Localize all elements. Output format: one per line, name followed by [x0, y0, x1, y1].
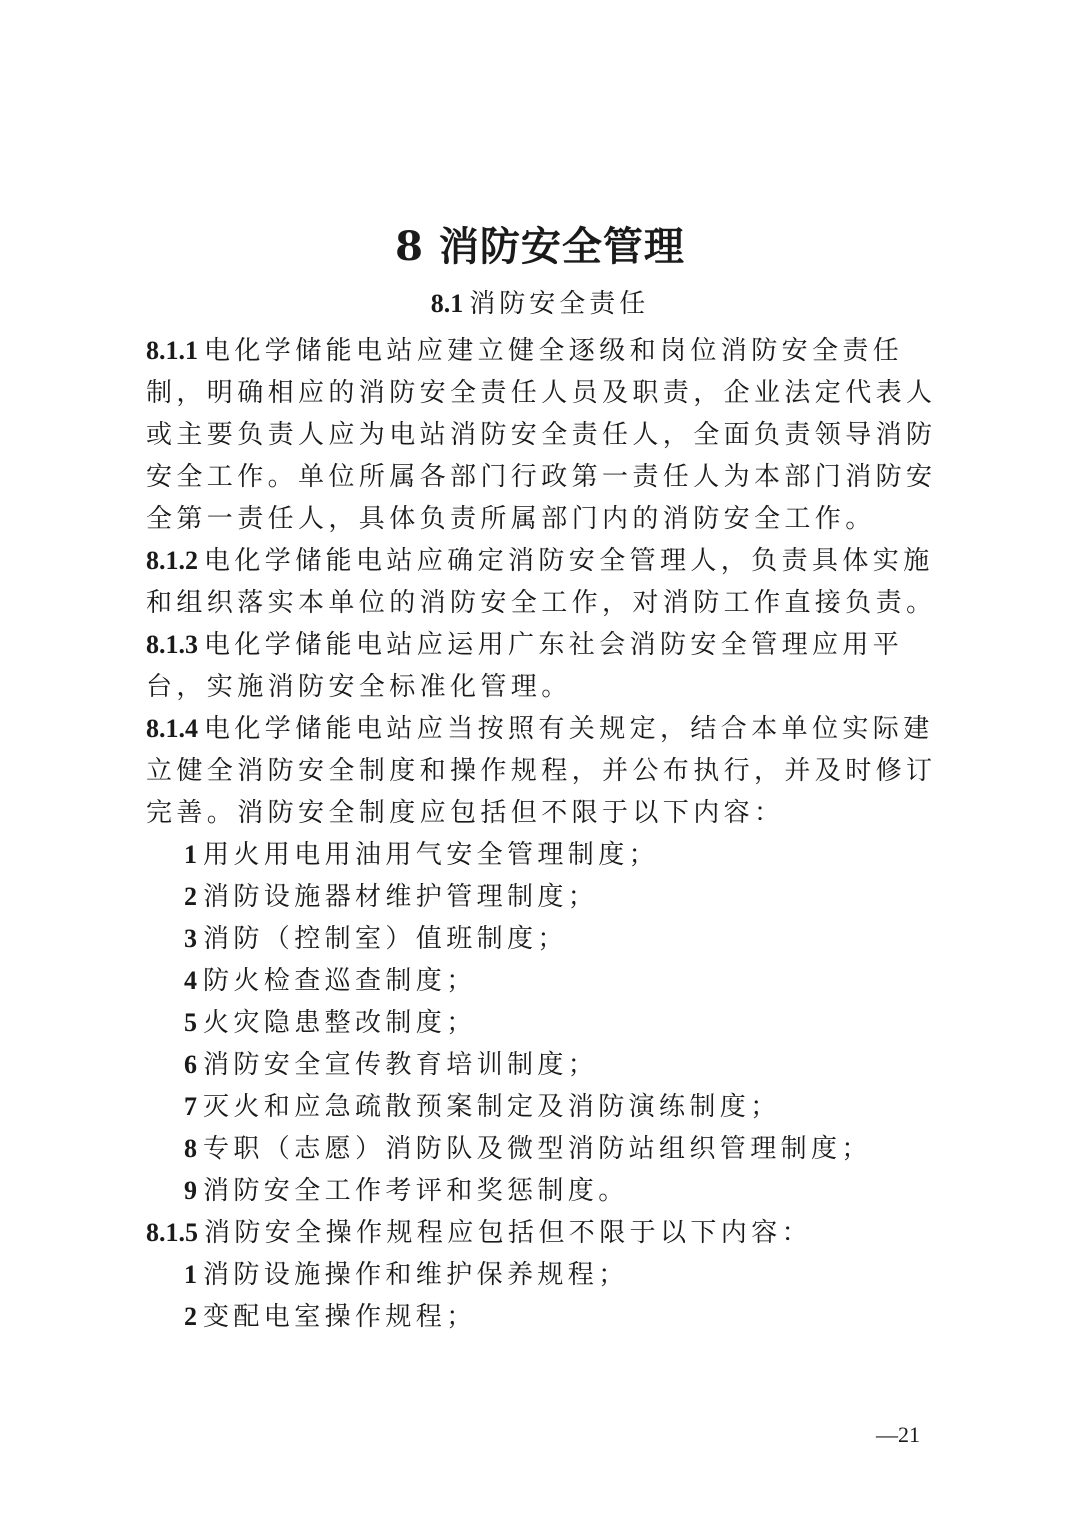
list-item-number: 2 [184, 1302, 197, 1331]
list-item: 2变配电室操作规程； [146, 1296, 946, 1338]
list-item-text: 变配电室操作规程； [203, 1302, 477, 1332]
list-item-text: 消防设施器材维护管理制度； [203, 882, 598, 912]
list-item-number: 4 [184, 966, 197, 995]
clause-8-1-5-list: 1消防设施操作和维护保养规程； 2变配电室操作规程； [146, 1254, 946, 1338]
section-number: 8.1 [431, 289, 464, 318]
list-item-text: 消防安全宣传教育培训制度； [203, 1050, 598, 1080]
list-item-number: 5 [184, 1008, 197, 1037]
section-title-text: 消防安全责任 [469, 289, 649, 319]
list-item: 2消防设施器材维护管理制度； [146, 876, 946, 918]
clause-text: 消防安全操作规程应包括但不限于以下内容： [204, 1218, 812, 1248]
list-item: 8专职（志愿）消防队及微型消防站组织管理制度； [146, 1128, 946, 1170]
clause-number: 8.1.4 [146, 714, 198, 743]
list-item-text: 消防（控制室）值班制度； [203, 924, 568, 954]
clause-text: 电化学储能电站应建立健全逐级和岗位消防安全责任制，明确相应的消防安全责任人员及职… [146, 336, 936, 534]
clause-8-1-5: 8.1.5消防安全操作规程应包括但不限于以下内容： [146, 1212, 946, 1254]
list-item: 7灭火和应急疏散预案制定及消防演练制度； [146, 1086, 946, 1128]
list-item: 4防火检查巡查制度； [146, 960, 946, 1002]
list-item-number: 2 [184, 882, 197, 911]
list-item-number: 8 [184, 1134, 197, 1163]
list-item-number: 1 [184, 840, 197, 869]
clause-number: 8.1.2 [146, 546, 198, 575]
list-item-number: 7 [184, 1092, 197, 1121]
list-item-text: 消防安全工作考评和奖惩制度。 [203, 1176, 629, 1206]
list-item: 1用火用电用油用气安全管理制度； [146, 834, 946, 876]
list-item-number: 3 [184, 924, 197, 953]
clause-number: 8.1.5 [146, 1218, 198, 1247]
clause-8-1-4-list: 1用火用电用油用气安全管理制度； 2消防设施器材维护管理制度； 3消防（控制室）… [146, 834, 946, 1212]
list-item-text: 用火用电用油用气安全管理制度； [203, 840, 659, 870]
list-item-number: 9 [184, 1176, 197, 1205]
list-item: 5火灾隐患整改制度； [146, 1002, 946, 1044]
chapter-title: 8 消防安全管理 [0, 219, 1080, 275]
list-item-text: 专职（志愿）消防队及微型消防站组织管理制度； [203, 1134, 872, 1164]
list-item: 9消防安全工作考评和奖惩制度。 [146, 1170, 946, 1212]
clause-8-1-4: 8.1.4电化学储能电站应当按照有关规定，结合本单位实际建立健全消防安全制度和操… [146, 708, 946, 834]
list-item: 3消防（控制室）值班制度； [146, 918, 946, 960]
page-number: —21 [876, 1420, 920, 1450]
list-item: 6消防安全宣传教育培训制度； [146, 1044, 946, 1086]
list-item-text: 消防设施操作和维护保养规程； [203, 1260, 629, 1290]
list-item-number: 6 [184, 1050, 197, 1079]
document-body: 8.1.1电化学储能电站应建立健全逐级和岗位消防安全责任制，明确相应的消防安全责… [146, 330, 946, 1338]
list-item-text: 火灾隐患整改制度； [203, 1008, 477, 1038]
clause-number: 8.1.3 [146, 630, 198, 659]
clause-8-1-1: 8.1.1电化学储能电站应建立健全逐级和岗位消防安全责任制，明确相应的消防安全责… [146, 330, 946, 540]
document-page: 8 消防安全管理 8.1消防安全责任 8.1.1电化学储能电站应建立健全逐级和岗… [0, 0, 1080, 1528]
clause-8-1-2: 8.1.2电化学储能电站应确定消防安全管理人，负责具体实施和组织落实本单位的消防… [146, 540, 946, 624]
clause-text: 电化学储能电站应运用广东社会消防安全管理应用平台，实施消防安全标准化管理。 [146, 630, 903, 702]
list-item-text: 灭火和应急疏散预案制定及消防演练制度； [203, 1092, 781, 1122]
clause-8-1-3: 8.1.3电化学储能电站应运用广东社会消防安全管理应用平台，实施消防安全标准化管… [146, 624, 946, 708]
clause-text: 电化学储能电站应确定消防安全管理人，负责具体实施和组织落实本单位的消防安全工作，… [146, 546, 936, 618]
clause-text: 电化学储能电站应当按照有关规定，结合本单位实际建立健全消防安全制度和操作规程，并… [146, 714, 936, 828]
list-item: 1消防设施操作和维护保养规程； [146, 1254, 946, 1296]
clause-number: 8.1.1 [146, 336, 198, 365]
list-item-number: 1 [184, 1260, 197, 1289]
section-heading: 8.1消防安全责任 [0, 284, 1080, 324]
list-item-text: 防火检查巡查制度； [203, 966, 477, 996]
